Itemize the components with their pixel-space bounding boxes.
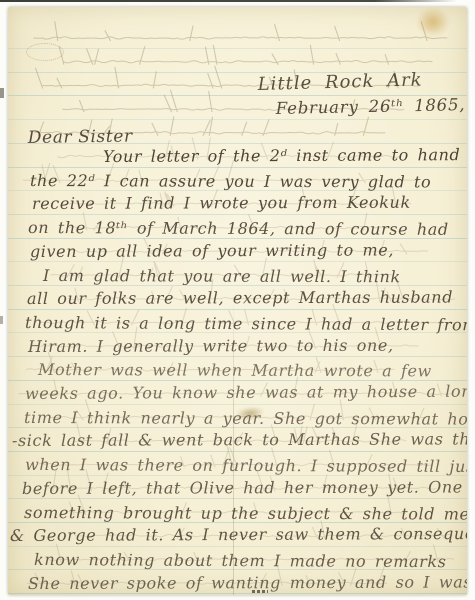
ruled-line <box>8 48 467 49</box>
embossed-seal <box>26 43 64 61</box>
letter-line: -sick last fall & went back to Marthas S… <box>12 430 467 454</box>
letter-scan: Little Rock Ark February 26ᵗʰ 1865, Dear… <box>0 0 475 600</box>
letter-line: though it is a long time since I had a l… <box>25 313 467 337</box>
letter-line: time I think nearly a year. She got some… <box>24 408 467 432</box>
letter-line: all our folks are well, except Marthas h… <box>27 288 453 311</box>
letter-line: Your letter of the 2ᵈ inst came to hand … <box>103 145 467 169</box>
cutoff-line-mark <box>252 590 268 593</box>
letter-line: on the 18ᵗʰ of March 1864, and of course… <box>28 218 449 242</box>
letter-page: Little Rock Ark February 26ᵗʰ 1865, Dear… <box>8 7 467 595</box>
scan-edge-mark <box>0 88 4 98</box>
ruled-line <box>8 119 467 120</box>
letter-place: Little Rock Ark <box>257 69 422 95</box>
letter-line: something brought up the subject & she t… <box>24 503 467 527</box>
letter-line: Mother was well when Martha wrote a few <box>38 360 432 383</box>
letter-line: receive it I find I wrote you from Keoku… <box>32 193 411 216</box>
letter-line: when I was there on furlough. I supposed… <box>25 455 467 479</box>
letter-date: February 26ᵗʰ 1865, <box>276 95 466 118</box>
letter-line: before I left, that Olive had her money … <box>22 477 467 501</box>
letter-salutation: Dear Sister <box>28 127 133 148</box>
letter-line: & George had it. As I never saw them & c… <box>10 524 467 548</box>
letter-line: know nothing about them I made no remark… <box>34 550 447 574</box>
letter-line: I am glad that you are all well. I think <box>43 266 401 289</box>
scan-edge-artifact <box>0 0 457 2</box>
stain-mark <box>416 7 450 37</box>
letter-line: She never spoke of wanting money and so … <box>28 572 467 595</box>
letter-line: Hiram. I generally write two to his one, <box>28 335 394 358</box>
letter-line: weeks ago. You know she was at my house … <box>25 382 467 406</box>
letter-line: given up all idea of your writing to me, <box>30 240 394 264</box>
letter-line: the 22ᵈ I can assure you I was very glad… <box>30 171 431 194</box>
scan-edge-mark-2 <box>0 316 3 324</box>
